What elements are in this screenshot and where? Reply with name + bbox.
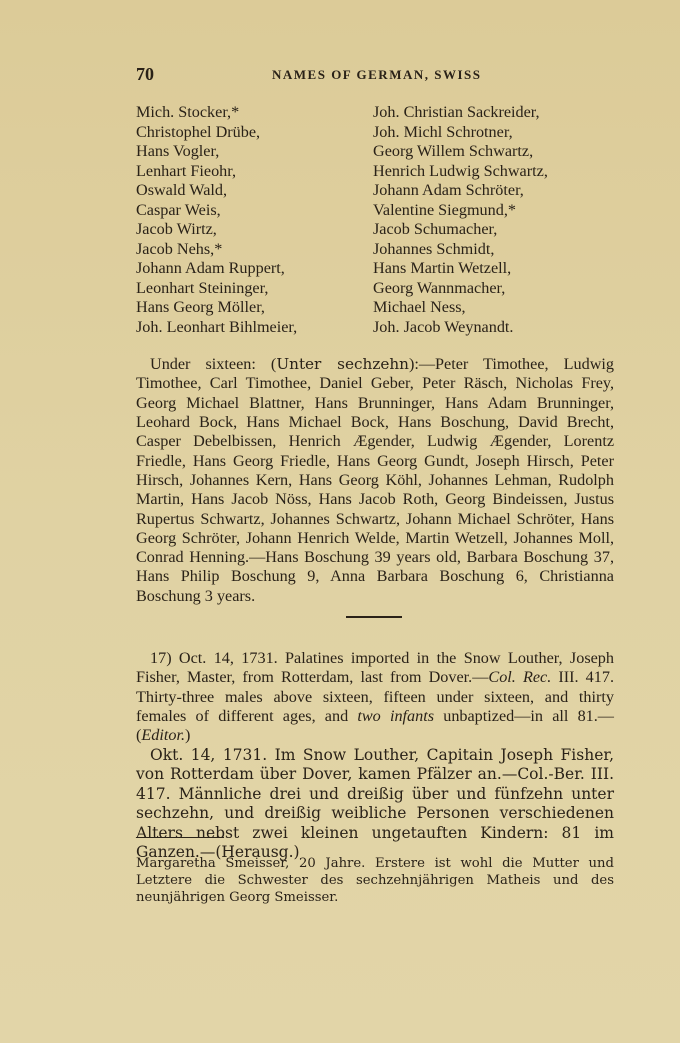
footnote-rule: [136, 837, 224, 838]
page-number: 70: [136, 64, 154, 85]
name-entry: Joh. Leonhart Bihlmeier,: [136, 318, 373, 338]
section-separator-rule: [346, 616, 402, 618]
name-entry: Johann Adam Schröter,: [373, 181, 613, 201]
name-entry: Joh. Christian Sackreider,: [373, 103, 613, 123]
name-entry: Mich. Stocker,*: [136, 103, 373, 123]
record-17-german-text: Okt. 14, 1731. Im Snow Louther, Capitain…: [136, 746, 614, 862]
name-entry: Valentine Siegmund,*: [373, 201, 613, 221]
under-sixteen-german-term: Unter sechzehn: [276, 355, 409, 373]
names-column-left: Mich. Stocker,* Christophel Drübe, Hans …: [136, 103, 373, 337]
name-entry: Hans Georg Möller,: [136, 298, 373, 318]
passenger-name-list: Mich. Stocker,* Christophel Drübe, Hans …: [136, 103, 614, 337]
name-entry: Caspar Weis,: [136, 201, 373, 221]
footnote: Margaretha Smeisser, 20 Jahre. Erstere i…: [136, 855, 614, 906]
name-entry: Christophel Drübe,: [136, 123, 373, 143]
under-sixteen-names: ):—Peter Timothee, Ludwig Timothee, Carl…: [136, 355, 614, 605]
names-column-right: Joh. Christian Sackreider, Joh. Michl Sc…: [373, 103, 613, 337]
name-entry: Georg Wannmacher,: [373, 279, 613, 299]
name-entry: Johannes Schmidt,: [373, 240, 613, 260]
name-entry: Georg Willem Schwartz,: [373, 142, 613, 162]
running-head: 70 NAMES OF GERMAN, SWISS: [136, 64, 614, 88]
name-entry: Jacob Nehs,*: [136, 240, 373, 260]
name-entry: Leonhart Steininger,: [136, 279, 373, 299]
record-17-infants: two in­fants: [357, 707, 434, 725]
name-entry: Joh. Jacob Weynandt.: [373, 318, 613, 338]
under-sixteen-lead: Under sixteen: (: [150, 355, 276, 373]
record-17-source: Col. Rec.: [488, 668, 551, 686]
record-17-text-4: ): [185, 726, 190, 744]
name-entry: Joh. Michl Schrotner,: [373, 123, 613, 143]
name-entry: Henrich Ludwig Schwartz,: [373, 162, 613, 182]
under-sixteen-paragraph: Under sixteen: (Unter sechzehn):—Peter T…: [136, 355, 614, 606]
name-entry: Johann Adam Ruppert,: [136, 259, 373, 279]
record-17-editor: Editor.: [141, 726, 185, 744]
running-head-title: NAMES OF GERMAN, SWISS: [272, 67, 481, 83]
name-entry: Lenhart Fieohr,: [136, 162, 373, 182]
name-entry: Hans Martin Wetzell,: [373, 259, 613, 279]
name-entry: Oswald Wald,: [136, 181, 373, 201]
footnote-text: Margaretha Smeisser, 20 Jahre. Erstere i…: [136, 856, 614, 905]
name-entry: Hans Vogler,: [136, 142, 373, 162]
name-entry: Michael Ness,: [373, 298, 613, 318]
name-entry: Jacob Schumacher,: [373, 220, 613, 240]
name-entry: Jacob Wirtz,: [136, 220, 373, 240]
record-17-german-paragraph: Okt. 14, 1731. Im Snow Louther, Capitain…: [136, 746, 614, 864]
record-17-paragraph: 17) Oct. 14, 1731. Palatines imported in…: [136, 649, 614, 745]
